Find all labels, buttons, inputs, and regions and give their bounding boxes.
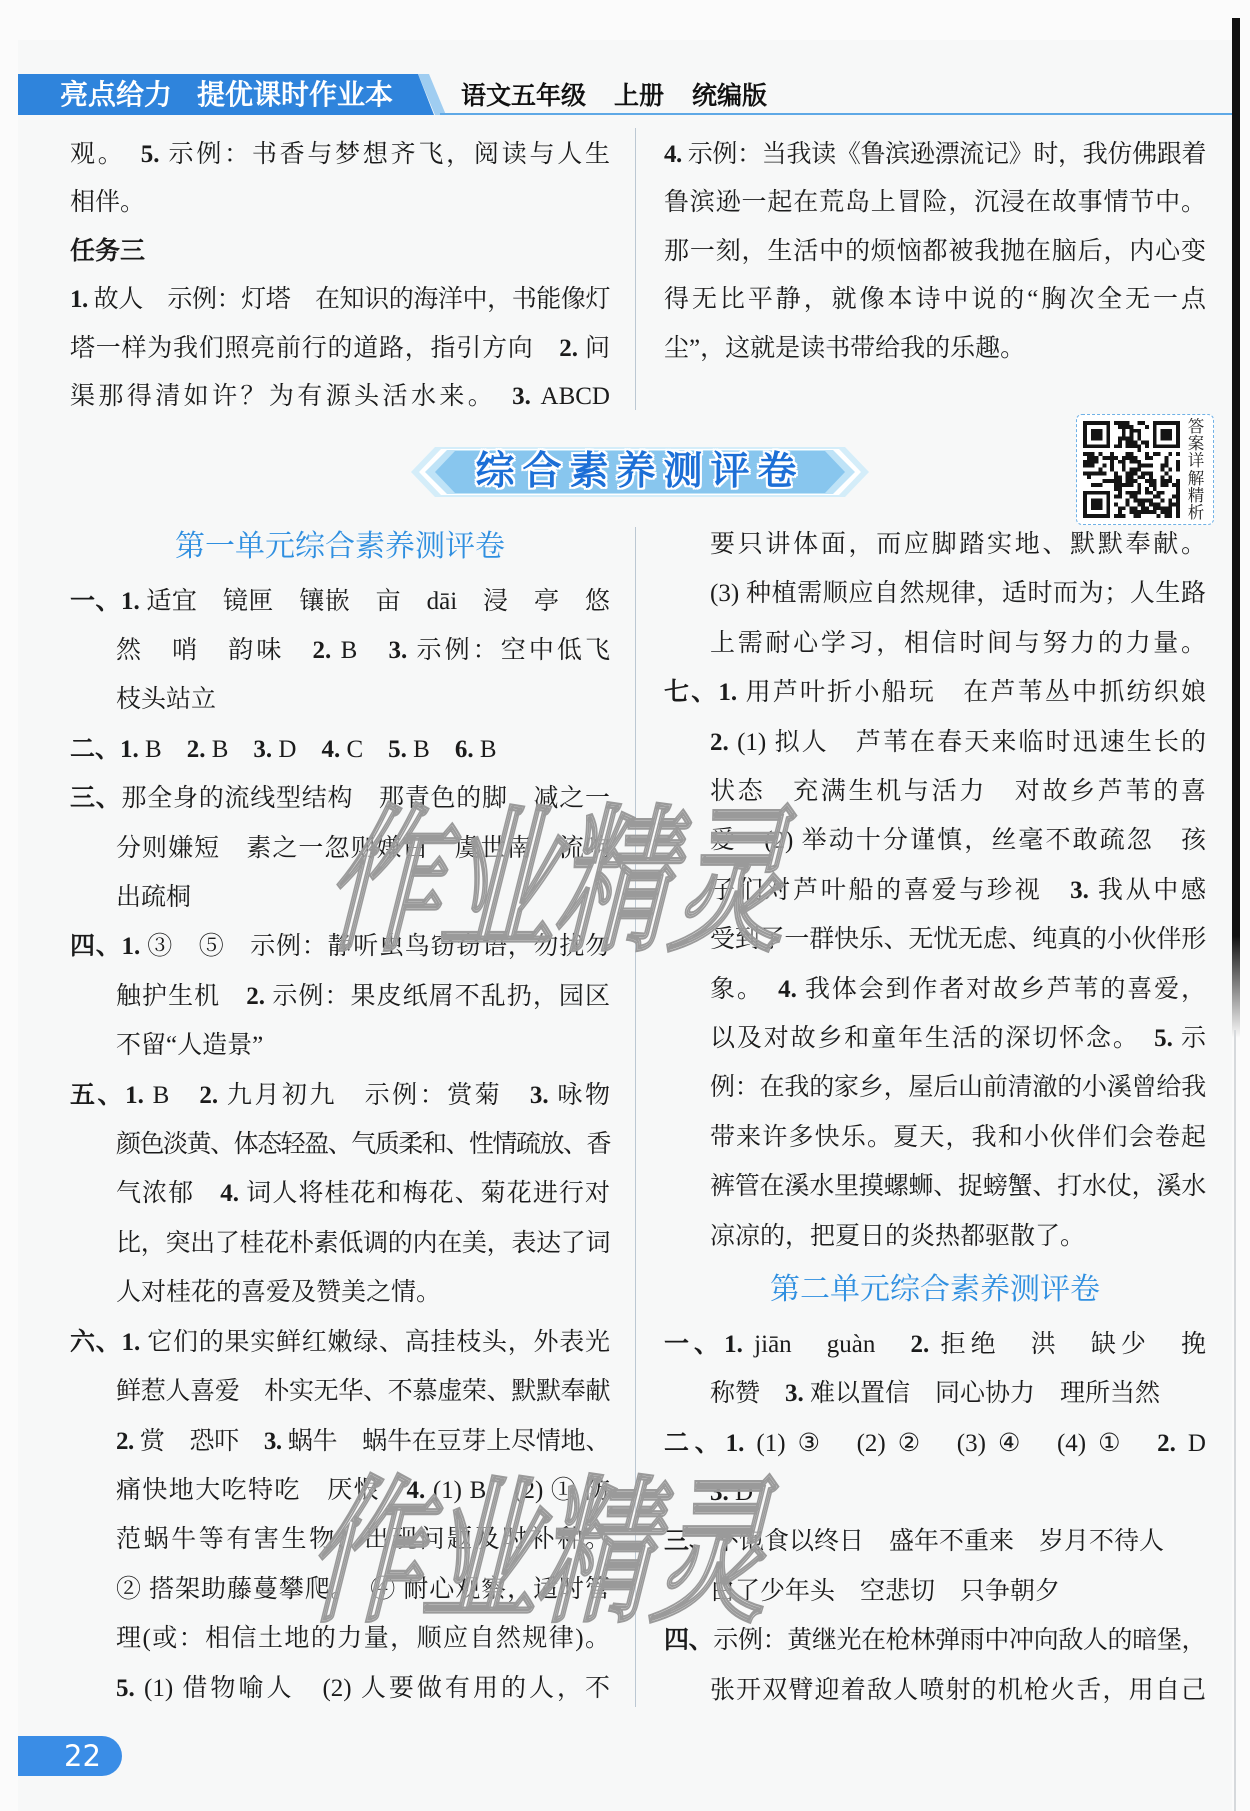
answer-line: 称赞 3. 难以置信 同心协力 理所当然 (710, 1369, 1206, 1418)
answer-line: 五、1. B 2. 九月初九 示例：赏菊 3. 咏物 (70, 1071, 610, 1120)
column-divider (635, 128, 636, 410)
answer-text: 词人将桂花和梅花、菊花进行对 (239, 1180, 610, 1207)
column-divider (635, 527, 636, 1707)
answer-text: 带来许多快乐。夏天，我和小伙伴们会卷起 (710, 1124, 1206, 1151)
answer-text: B (407, 736, 455, 763)
section-banner: 综合素养测评卷 (411, 447, 869, 497)
answer-text: 张开双臂迎着敌人喷射的机枪火舌，用自己 (710, 1677, 1206, 1704)
unit2-title: 第二单元综合素养测评卷 (664, 1261, 1206, 1320)
answer-text: 称赞 (710, 1380, 785, 1407)
question-number: 3. (710, 1479, 729, 1506)
question-number: 六、1. (70, 1329, 140, 1356)
answer-text: 爱 (2) 举动十分谨慎，丝毫不敢疏忽 孩 (710, 827, 1206, 854)
answer-line: (3) 种植需顺应自然规律，适时而为；人生路 (710, 569, 1206, 618)
book-info: 语文五年级 上册 统编版 (461, 79, 767, 113)
answer-text: (1) 借物喻人 (2) 人要做有用的人，不 (135, 1675, 610, 1702)
answer-text: 颜色淡黄、体态轻盈、气质柔和、性情疏放、香 (116, 1131, 610, 1158)
answer-text: 分则嫌短 素之一忽则嫌白 虞世南 流响 (116, 835, 610, 862)
question-number: 2. (910, 1331, 929, 1358)
unit1-answers-right: 要只讲体面，而应脚踏实地、默默奉献。(3) 种植需顺应自然规律，适时而为；人生路… (664, 520, 1206, 1261)
answer-text: 问 (578, 335, 610, 362)
answer-text: 比，突出了桂花朴素低调的内在美，表达了词 (116, 1230, 610, 1257)
answer-text: 范蜗牛等有害生物，出现问题及时补种。 (116, 1526, 610, 1553)
question-number: 2. (187, 736, 206, 763)
answer-text: D (272, 736, 321, 763)
answer-text: 不饱食以终日 盛年不重来 岁月不待人 (714, 1528, 1164, 1555)
answer-line: 尘”，这就是读书带给我的乐趣。 (664, 325, 1206, 373)
answer-line: 上需耐心学习，相信时间与努力的力量。 (710, 619, 1206, 668)
question-number: 四、1. (70, 933, 140, 960)
brand-name: 亮点给力 (60, 74, 172, 115)
question-number: 4. (778, 976, 797, 1003)
answer-text: B (474, 736, 497, 763)
answer-line: 四、1. ③ ⑤ 示例：静听虫鸟窃窃语，勿扰勿 (70, 922, 610, 971)
answer-text: (1) B (2) ① 防 (425, 1477, 610, 1504)
question-number: 二、1. (664, 1430, 744, 1457)
question-number: 三、 (664, 1528, 714, 1555)
header-rule (440, 113, 1232, 115)
answer-line: 一、1. 适宜 镜匣 镶嵌 亩 dāi 浸 亭 悠 (70, 577, 610, 626)
question-number: 2. (116, 1428, 134, 1455)
answer-line: 渠那得清如许？为有源头活水来。 3. ABCD (70, 373, 610, 421)
answer-line: 理(或：相信土地的力量，顺应自然规律)。 (116, 1614, 610, 1663)
page-number-tab: 22 (18, 1736, 122, 1776)
answer-text: 不留“人造景” (116, 1032, 263, 1059)
book-edition: 统编版 (692, 79, 767, 113)
answer-line: 人对桂花的喜爱及赞美之情。 (116, 1268, 610, 1317)
answer-line: 七、1. 用芦叶折小船玩 在芦苇丛中抓纺织娘 (664, 668, 1206, 717)
answer-text: ② 搭架助藤蔓攀爬。 ④ 耐心观察，适时管 (116, 1576, 610, 1603)
question-number: 2. (710, 729, 729, 756)
question-number: 4. (220, 1180, 239, 1207)
answer-line: 带来许多快乐。夏天，我和小伙伴们会卷起 (710, 1113, 1206, 1162)
answer-text: 那一刻，生活中的烦恼都被我抛在脑后，内心变 (664, 238, 1206, 265)
question-number: 4. (406, 1477, 425, 1504)
answer-text: 故人 示例：灯塔 在知识的海洋中，书能像灯 (88, 286, 610, 313)
answer-line: 分则嫌短 素之一忽则嫌白 虞世南 流响 (116, 824, 610, 873)
answer-line: 鲜惹人喜爱 朴实无华、不慕虚荣、默默奉献 (116, 1367, 610, 1416)
answer-text: 相伴。 (70, 189, 145, 216)
answer-line: 2. 赏 恐吓 3. 蜗牛 蜗牛在豆芽上尽情地、 (116, 1417, 610, 1466)
answer-text: B (331, 637, 388, 664)
right-column: 要只讲体面，而应脚踏实地、默默奉献。(3) 种植需顺应自然规律，适时而为；人生路… (664, 520, 1206, 1715)
answer-line: 观。 5. 示例：书香与梦想齐飞，阅读与人生 (70, 131, 610, 179)
answer-line: 出疏桐 (116, 873, 610, 922)
answer-line: 得无比平静，就像本诗中说的“胸次全无一点 (664, 276, 1206, 324)
answer-line: 象。 4. 我体会到作者对故乡芦苇的喜爱， (710, 965, 1206, 1014)
answer-line: 鲁滨逊一起在荒岛上冒险，沉浸在故事情节中。 (664, 179, 1206, 227)
answer-line: 一、1. jiān guàn 2. 拒绝 洪 缺少 挽 (664, 1320, 1206, 1369)
question-number: 一、1. (664, 1331, 743, 1358)
answer-line: 二、1. (1) ③ (2) ② (3) ④ (4) ① 2. D (664, 1419, 1206, 1468)
answer-line: 4. 示例：当我读《鲁滨逊漂流记》时，我仿佛跟着 (664, 131, 1206, 179)
question-number: 4. (664, 141, 682, 168)
answer-text: 赏 恐吓 (134, 1428, 264, 1455)
answer-text: 白了少年头 空悲切 只争朝夕 (710, 1578, 1060, 1605)
answer-line: 痛快地大吃特吃 厌恨 4. (1) B (2) ① 防 (116, 1466, 610, 1515)
answer-text: B (205, 736, 253, 763)
answer-line: 相伴。 (70, 179, 610, 227)
answer-text: (1) 拟人 芦苇在春天来临时迅速生长的 (729, 729, 1206, 756)
answer-line: 六、1. 它们的果实鲜红嫩绿、高挂枝头，外表光 (70, 1318, 610, 1367)
answer-text: 凉凉的，把夏日的炎热都驱散了。 (710, 1223, 1085, 1250)
answer-text: 裤管在溪水里摸螺蛳、捉螃蟹、打水仗，溪水 (710, 1173, 1206, 1200)
answer-line: 二、1. B 2. B 3. D 4. C 5. B 6. B (70, 725, 610, 774)
answer-line: 爱 (2) 举动十分谨慎，丝毫不敢疏忽 孩 (710, 816, 1206, 865)
answer-text: 拒绝 洪 缺少 挽 (929, 1331, 1206, 1358)
question-number: 3. (785, 1380, 804, 1407)
question-number: 2. (1157, 1430, 1176, 1457)
answer-text: 痛快地大吃特吃 厌恨 (116, 1477, 406, 1504)
question-number: 三、 (70, 785, 122, 812)
header-brand: 亮点给力 提优课时作业本 (60, 74, 393, 115)
answer-line: 那一刻，生活中的烦恼都被我抛在脑后，内心变 (664, 228, 1206, 276)
page-edge-shadow (1232, 18, 1240, 1038)
answer-line: 5. (1) 借物喻人 (2) 人要做有用的人，不 (116, 1664, 610, 1713)
answer-line: 三、不饱食以终日 盛年不重来 岁月不待人 (664, 1517, 1206, 1566)
answer-line: 白了少年头 空悲切 只争朝夕 (710, 1567, 1206, 1616)
answer-text: 那全身的流线型结构 那青色的脚 减之一 (122, 785, 610, 812)
answer-text: 用芦叶折小船玩 在芦苇丛中抓纺织娘 (737, 679, 1206, 706)
answer-text: 象。 (710, 976, 778, 1003)
answer-line: ② 搭架助藤蔓攀爬。 ④ 耐心观察，适时管 (116, 1565, 610, 1614)
question-number: 2. (313, 637, 332, 664)
answer-line: 凉凉的，把夏日的炎热都驱散了。 (710, 1212, 1206, 1261)
answer-text: 蜗牛 蜗牛在豆芽上尽情地、 (282, 1428, 610, 1455)
answer-text: 我体会到作者对故乡芦苇的喜爱， (797, 976, 1206, 1003)
answer-text: 子们对芦叶船的喜爱与珍视 (710, 877, 1070, 904)
book-subject-grade: 语文五年级 (461, 79, 586, 113)
section-banner-title: 综合素养测评卷 (411, 447, 869, 497)
answer-text: 理(或：相信土地的力量，顺应自然规律)。 (116, 1625, 610, 1652)
answer-line: 以及对故乡和童年生活的深切怀念。 5. 示 (710, 1014, 1206, 1063)
answer-text: B (144, 1082, 200, 1109)
question-number: 2. (559, 335, 578, 362)
answer-text: 示例：当我读《鲁滨逊漂流记》时，我仿佛跟着 (682, 141, 1206, 168)
unit2-answers: 一、1. jiān guàn 2. 拒绝 洪 缺少 挽称赞 3. 难以置信 同心… (664, 1320, 1206, 1715)
answer-text: 我从中感 (1089, 877, 1206, 904)
answer-text: B (139, 736, 187, 763)
answer-text: 鲁滨逊一起在荒岛上冒险，沉浸在故事情节中。 (664, 189, 1206, 216)
answer-line: 例：在我的家乡，屋后山前清澈的小溪曾给我 (710, 1063, 1206, 1112)
answer-line: 比，突出了桂花朴素低调的内在美，表达了词 (116, 1219, 610, 1268)
answer-line: 1. 故人 示例：灯塔 在知识的海洋中，书能像灯 (70, 276, 610, 324)
answer-text: 状态 充满生机与活力 对故乡芦苇的喜 (710, 778, 1206, 805)
question-number: 任务三 (70, 238, 145, 265)
question-number: 四、 (664, 1627, 713, 1654)
answer-text: 示 (1173, 1025, 1206, 1052)
answer-text: 以及对故乡和童年生活的深切怀念。 (710, 1025, 1154, 1052)
page-edge-line (1234, 1030, 1236, 1811)
answer-line: 状态 充满生机与活力 对故乡芦苇的喜 (710, 767, 1206, 816)
answer-line: 张开双臂迎着敌人喷射的机枪火舌，用自己 (710, 1666, 1206, 1715)
answer-line: 任务三 (70, 228, 610, 276)
book-volume: 上册 (614, 79, 664, 113)
question-number: 二、1. (70, 736, 139, 763)
answer-text: ABCD (531, 383, 610, 410)
unit1-answers-left: 一、1. 适宜 镜匣 镶嵌 亩 dāi 浸 亭 悠然 哨 韵味 2. B 3. … (70, 577, 610, 1713)
question-number: 五、1. (70, 1082, 144, 1109)
answer-line: 塔一样为我们照亮前行的道路，指引方向 2. 问 (70, 325, 610, 373)
answer-text: 九月初九 示例：赏菊 (218, 1082, 530, 1109)
answer-line: 三、那全身的流线型结构 那青色的脚 减之一 (70, 774, 610, 823)
answer-text: 适宜 镜匣 镶嵌 亩 dāi 浸 亭 悠 (140, 588, 610, 615)
answer-text: 出疏桐 (116, 884, 191, 911)
answer-line: 2. (1) 拟人 芦苇在春天来临时迅速生长的 (710, 718, 1206, 767)
answer-text: 触护生机 (116, 983, 246, 1010)
question-number: 3. (512, 383, 531, 410)
answer-text: jiān guàn (743, 1331, 911, 1358)
answer-line: 不留“人造景” (116, 1021, 610, 1070)
answer-text: (1) ③ (2) ② (3) ④ (4) ① (744, 1430, 1157, 1457)
question-number: 5. (1154, 1025, 1173, 1052)
answer-text: 鲜惹人喜爱 朴实无华、不慕虚荣、默默奉献 (116, 1378, 610, 1405)
answer-line: 枝头站立 (116, 675, 610, 724)
question-number: 5. (141, 141, 160, 168)
answer-line: 3. D (710, 1468, 1206, 1517)
answer-text: 上需耐心学习，相信时间与努力的力量。 (710, 630, 1206, 657)
answer-text: 枝头站立 (116, 686, 216, 713)
answer-text: 示例：空中低飞 (407, 637, 610, 664)
answer-text: 得无比平静，就像本诗中说的“胸次全无一点 (664, 286, 1206, 313)
answer-text: 它们的果实鲜红嫩绿、高挂枝头，外表光 (140, 1329, 610, 1356)
answer-text: 气浓郁 (116, 1180, 220, 1207)
answer-text: 咏物 (549, 1082, 610, 1109)
question-number: 2. (199, 1082, 218, 1109)
answer-text: 要只讲体面，而应脚踏实地、默默奉献。 (710, 531, 1206, 558)
question-number: 5. (388, 736, 407, 763)
answer-line: 要只讲体面，而应脚踏实地、默默奉献。 (710, 520, 1206, 569)
question-number: 3. (264, 1428, 282, 1455)
answer-text: 难以置信 同心协力 理所当然 (804, 1380, 1160, 1407)
answer-text: 然 哨 韵味 (116, 637, 313, 664)
question-number: 1. (70, 286, 88, 313)
qr-code-label: 答案详解精析 (1185, 418, 1207, 521)
answer-line: 子们对芦叶船的喜爱与珍视 3. 我从中感 (710, 866, 1206, 915)
question-number: 4. (321, 736, 340, 763)
answer-text: 例：在我的家乡，屋后山前清澈的小溪曾给我 (710, 1074, 1206, 1101)
page-number: 22 (64, 1736, 101, 1776)
answer-text: 人对桂花的喜爱及赞美之情。 (116, 1279, 441, 1306)
question-number: 3. (530, 1082, 549, 1109)
question-number: 2. (246, 983, 265, 1010)
brand-series: 提优课时作业本 (197, 74, 393, 115)
answer-text: (3) 种植需顺应自然规律，适时而为；人生路 (710, 580, 1206, 607)
question-number: 3. (1070, 877, 1089, 904)
answer-text: 尘”，这就是读书带给我的乐趣。 (664, 335, 1025, 362)
answer-line: 裤管在溪水里摸螺蛳、捉螃蟹、打水仗，溪水 (710, 1162, 1206, 1211)
answer-line: 四、示例：黄继光在枪林弹雨中冲向敌人的暗堡， (664, 1616, 1206, 1665)
answer-text: ③ ⑤ 示例：静听虫鸟窃窃语，勿扰勿 (140, 933, 610, 960)
top-left-column: 观。 5. 示例：书香与梦想齐飞，阅读与人生相伴。任务三1. 故人 示例：灯塔 … (70, 131, 610, 421)
question-number: 七、1. (664, 679, 737, 706)
answer-text: D (1176, 1430, 1206, 1457)
answer-text: 观。 (70, 141, 141, 168)
answer-line: 气浓郁 4. 词人将桂花和梅花、菊花进行对 (116, 1169, 610, 1218)
answer-text: 示例：黄继光在枪林弹雨中冲向敌人的暗堡， (713, 1627, 1206, 1654)
answer-line: 然 哨 韵味 2. B 3. 示例：空中低飞 (116, 626, 610, 675)
question-number: 3. (253, 736, 272, 763)
answer-text: 示例：书香与梦想齐飞，阅读与人生 (160, 141, 610, 168)
question-number: 3. (388, 637, 407, 664)
answer-text: C (340, 736, 388, 763)
qr-code-icon (1083, 421, 1180, 518)
top-right-column: 4. 示例：当我读《鲁滨逊漂流记》时，我仿佛跟着鲁滨逊一起在荒岛上冒险，沉浸在故… (664, 131, 1206, 373)
qr-code-panel: 答案详解精析 (1076, 414, 1214, 525)
answer-text: 渠那得清如许？为有源头活水来。 (70, 383, 512, 410)
question-number: 一、1. (70, 588, 140, 615)
answer-line: 颜色淡黄、体态轻盈、气质柔和、性情疏放、香 (116, 1120, 610, 1169)
answer-line: 受到了一群快乐、无忧无虑、纯真的小伙伴形 (710, 915, 1206, 964)
question-number: 5. (116, 1675, 135, 1702)
answer-text: 示例：果皮纸屑不乱扔，园区 (265, 983, 610, 1010)
answer-line: 范蜗牛等有害生物，出现问题及时补种。 (116, 1515, 610, 1564)
unit1-left-column: 第一单元综合素养测评卷 一、1. 适宜 镜匣 镶嵌 亩 dāi 浸 亭 悠然 哨… (70, 518, 610, 1713)
answer-text: D (729, 1479, 753, 1506)
answer-text: 塔一样为我们照亮前行的道路，指引方向 (70, 335, 559, 362)
unit1-title: 第一单元综合素养测评卷 (70, 518, 610, 577)
answer-text: 受到了一群快乐、无忧无虑、纯真的小伙伴形 (710, 926, 1206, 953)
answer-line: 触护生机 2. 示例：果皮纸屑不乱扔，园区 (116, 972, 610, 1021)
question-number: 6. (455, 736, 474, 763)
